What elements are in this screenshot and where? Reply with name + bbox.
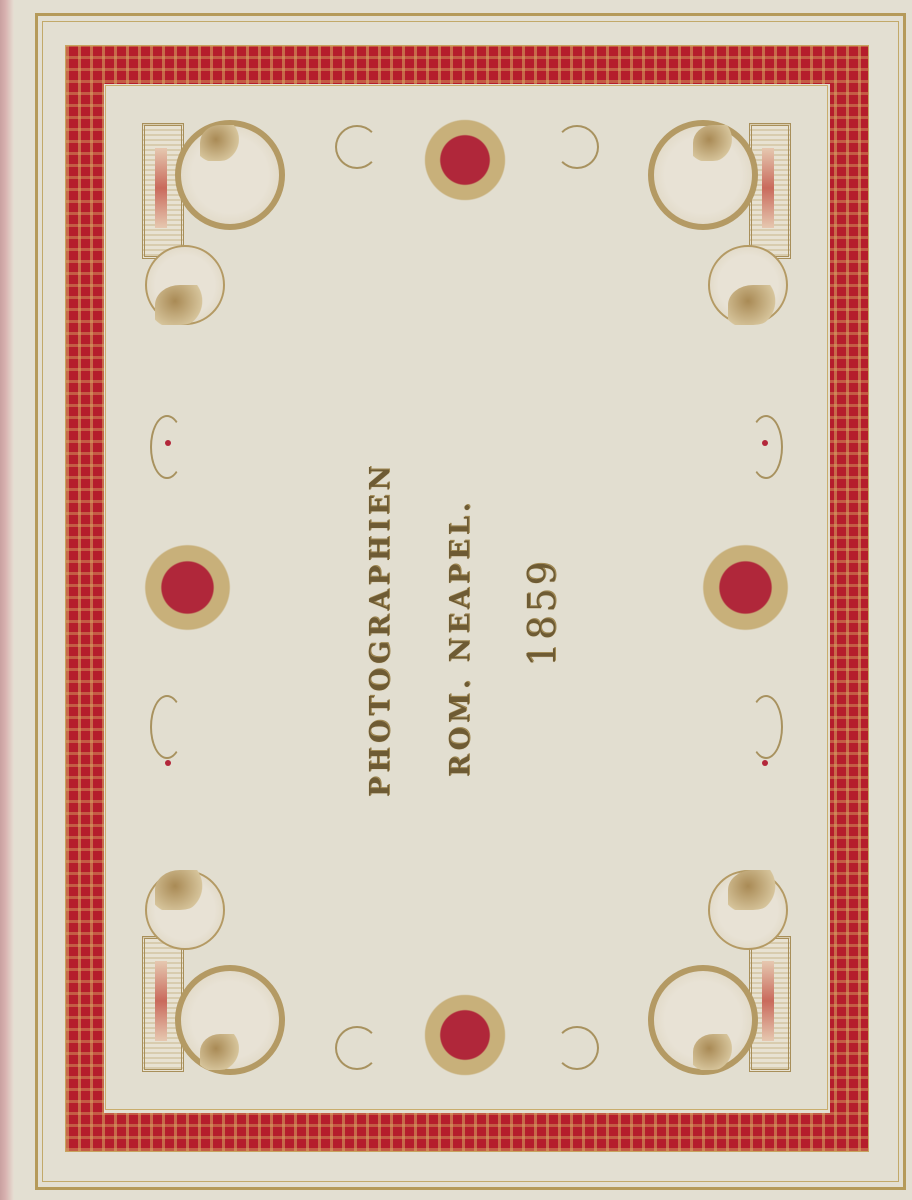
leaf-icon <box>155 870 205 910</box>
spine-edge <box>0 0 14 1200</box>
scroll-icon <box>749 415 783 479</box>
leaf-icon <box>155 285 205 325</box>
gem-icon <box>165 440 171 446</box>
scroll-icon <box>749 695 783 759</box>
leaf-icon <box>693 125 733 161</box>
scroll-icon <box>335 1026 379 1070</box>
left-medallion-icon <box>140 540 235 635</box>
book-cover: PHOTOGRAPHIEN ROM. NEAPEL. 1859 <box>0 0 912 1200</box>
gem-icon <box>762 440 768 446</box>
top-medallion-icon <box>420 115 510 205</box>
scroll-icon <box>555 125 599 169</box>
scroll-icon <box>150 695 184 759</box>
scroll-icon <box>555 1026 599 1070</box>
cover-title: PHOTOGRAPHIEN ROM. NEAPEL. 1859 <box>345 385 575 805</box>
leaf-icon <box>728 870 778 910</box>
leaf-icon <box>200 125 240 161</box>
leaf-icon <box>728 285 778 325</box>
leaf-icon <box>693 1034 733 1070</box>
scroll-icon <box>335 125 379 169</box>
bottom-medallion-icon <box>420 990 510 1080</box>
leaf-icon <box>200 1034 240 1070</box>
right-medallion-icon <box>698 540 793 635</box>
gem-icon <box>165 760 171 766</box>
title-line-photographien: PHOTOGRAPHIEN <box>365 462 396 797</box>
scroll-icon <box>150 415 184 479</box>
title-line-rom-neapel: ROM. NEAPEL. <box>445 499 476 777</box>
title-line-year: 1859 <box>520 558 564 667</box>
gem-icon <box>762 760 768 766</box>
